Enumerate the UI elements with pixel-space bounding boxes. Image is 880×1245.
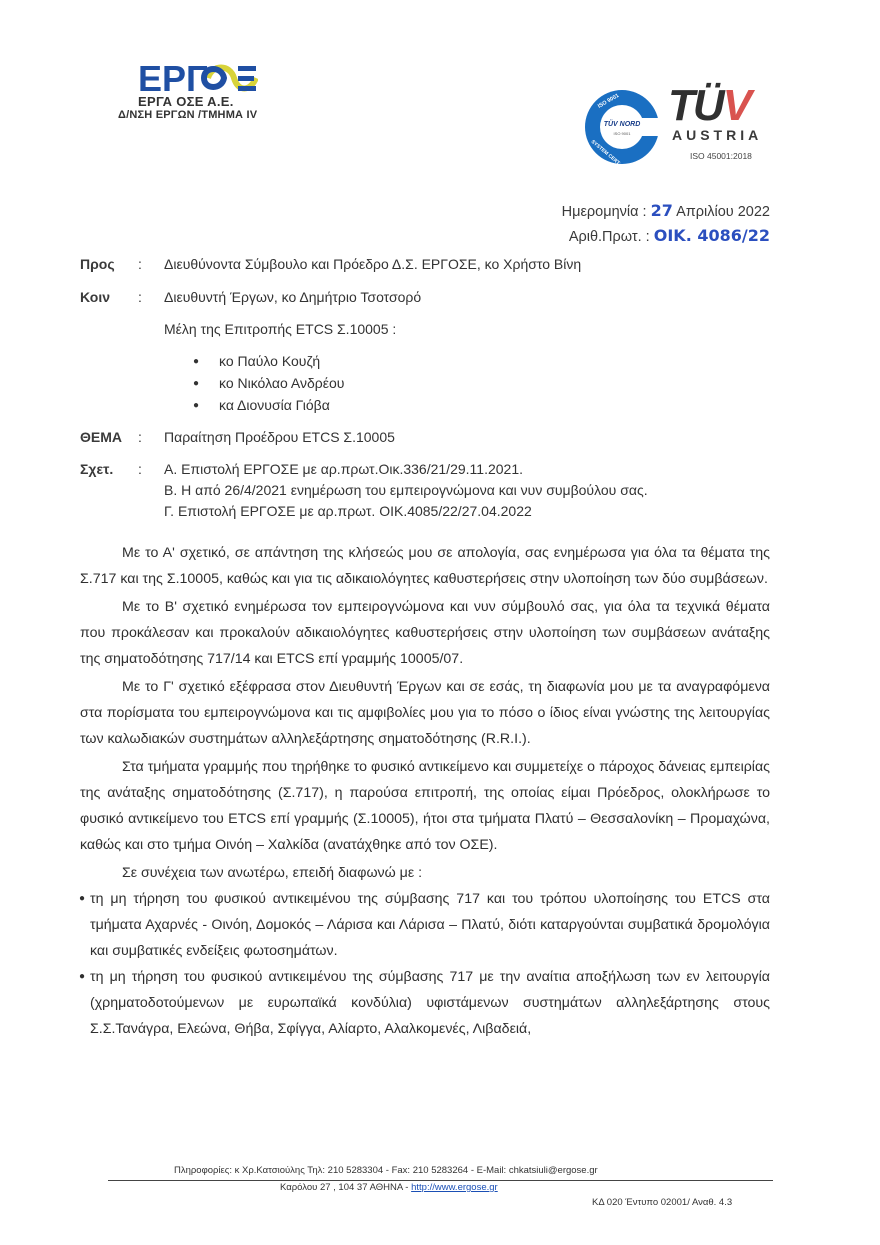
subject-label: ΘΕΜΑ bbox=[80, 429, 138, 445]
company-name: ΕΡΓΑ ΟΣΕ Α.Ε. bbox=[138, 94, 234, 109]
colon: : bbox=[138, 461, 164, 477]
bullet-icon: ● bbox=[79, 886, 85, 912]
body-bullet: ●τη μη τήρηση του φυσικού αντικειμένου τ… bbox=[80, 886, 770, 964]
member-name: κα Διονυσία Γιόβα bbox=[219, 397, 330, 413]
field-to: Προς:Διευθύνοντα Σύμβουλο και Πρόεδρο Δ.… bbox=[80, 256, 581, 272]
related-item: Α. Επιστολή ΕΡΓΟΣΕ με αρ.πρωτ.Οικ.336/21… bbox=[164, 461, 523, 477]
body-paragraph: Στα τμήματα γραμμής που τηρήθηκε το φυσι… bbox=[80, 754, 770, 858]
field-related: Σχετ.:Α. Επιστολή ΕΡΓΟΣΕ με αρ.πρωτ.Οικ.… bbox=[80, 461, 523, 477]
member-name: κο Παύλο Κουζή bbox=[219, 353, 320, 369]
bullet-icon: ● bbox=[193, 400, 219, 411]
committee-label: Μέλη της Επιτροπής ETCS Σ.10005 : bbox=[164, 321, 396, 337]
member-name: κο Νικόλαο Ανδρέου bbox=[219, 375, 344, 391]
address-text: Καρόλου 27 , 104 37 ΑΘΗΝΑ - bbox=[280, 1182, 411, 1193]
footer-address: Καρόλου 27 , 104 37 ΑΘΗΝΑ - http://www.e… bbox=[280, 1182, 498, 1193]
body-paragraph: Σε συνέχεια των ανωτέρω, επειδή διαφωνώ … bbox=[80, 860, 770, 886]
iso-standard: ISO 45001:2018 bbox=[690, 151, 752, 161]
protocol-label: Αριθ.Πρωτ. : bbox=[569, 229, 654, 245]
subject-value: Παραίτηση Προέδρου ETCS Σ.10005 bbox=[164, 429, 395, 445]
tuv-austria: AUSTRIA bbox=[672, 127, 762, 143]
committee-member: ●κα Διονυσία Γιόβα bbox=[193, 397, 330, 413]
svg-text:ISO 9001: ISO 9001 bbox=[614, 131, 632, 136]
tuv-letters: TÜ bbox=[668, 81, 723, 130]
cc-value: Διευθυντή Έργων, κο Δημήτριο Τσοτσορό bbox=[164, 289, 421, 305]
bullet-text: τη μη τήρηση του φυσικού αντικειμένου τη… bbox=[90, 969, 770, 1037]
cc-label: Κοιν bbox=[80, 289, 138, 305]
ergose-logo-icon: ΕΡΓ bbox=[138, 60, 258, 96]
body-bullet: ●τη μη τήρηση του φυσικού αντικειμένου τ… bbox=[80, 964, 770, 1042]
body-paragraph: Με το Γ' σχετικό εξέφρασα στον Διευθυντή… bbox=[80, 674, 770, 752]
svg-text:ΕΡΓ: ΕΡΓ bbox=[138, 60, 208, 96]
protocol-number: Αριθ.Πρωτ. : ΟΙΚ. 4086/22 bbox=[569, 226, 770, 245]
related-label: Σχετ. bbox=[80, 461, 138, 477]
bullet-icon: ● bbox=[193, 356, 219, 367]
related-item: Β. Η από 26/4/2021 ενημέρωση του εμπειρο… bbox=[164, 482, 648, 498]
field-cc: Κοιν:Διευθυντή Έργων, κο Δημήτριο Τσοτσο… bbox=[80, 289, 421, 305]
field-subject: ΘΕΜΑ:Παραίτηση Προέδρου ETCS Σ.10005 bbox=[80, 429, 395, 445]
body-paragraph: Με το Α' σχετικό, σε απάντηση της κλήσεώ… bbox=[80, 540, 770, 592]
tuv-v-letter: V bbox=[723, 81, 750, 130]
ergose-logo: ΕΡΓ bbox=[138, 60, 258, 96]
colon: : bbox=[138, 289, 164, 305]
footer-contact-info: Πληροφορίες: κ Χρ.Κατσιούλης Τηλ: 210 52… bbox=[174, 1165, 598, 1176]
bullet-icon: ● bbox=[79, 964, 85, 990]
certification-seal-icon: TÜV NORD ISO 9001 ISO 9001 SYSTEM CERT. bbox=[583, 88, 661, 166]
date-month-year: Απριλίου 2022 bbox=[673, 204, 770, 220]
website-link[interactable]: http://www.ergose.gr bbox=[411, 1182, 498, 1193]
tuv-brand: TÜV bbox=[668, 84, 750, 128]
body-paragraph: Με το Β' σχετικό ενημέρωσα τον εμπειρογν… bbox=[80, 594, 770, 672]
form-code: ΚΔ 020 Έντυπο 02001/ Αναθ. 4.3 bbox=[592, 1197, 732, 1208]
date-day-handwritten: 27 bbox=[651, 201, 673, 220]
to-label: Προς bbox=[80, 256, 138, 272]
svg-text:TÜV NORD: TÜV NORD bbox=[604, 119, 641, 128]
bullet-icon: ● bbox=[193, 378, 219, 389]
footer-divider bbox=[108, 1180, 773, 1181]
protocol-handwritten: ΟΙΚ. 4086/22 bbox=[654, 226, 770, 245]
bullet-text: τη μη τήρηση του φυσικού αντικειμένου τη… bbox=[90, 891, 770, 959]
related-item: Γ. Επιστολή ΕΡΓΟΣΕ με αρ.πρωτ. ΟΙΚ.4085/… bbox=[164, 503, 532, 519]
letter-body: Με το Α' σχετικό, σε απάντηση της κλήσεώ… bbox=[80, 540, 770, 1042]
document-date: Ημερομηνία : 27 Απριλίου 2022 bbox=[562, 201, 770, 220]
committee-member: ●κο Νικόλαο Ανδρέου bbox=[193, 375, 344, 391]
date-label: Ημερομηνία : bbox=[562, 204, 651, 220]
colon: : bbox=[138, 429, 164, 445]
department-name: Δ/ΝΣΗ ΕΡΓΩΝ /ΤΜΗΜΑ IV bbox=[118, 109, 257, 121]
to-value: Διευθύνοντα Σύμβουλο και Πρόεδρο Δ.Σ. ΕΡ… bbox=[164, 256, 581, 272]
committee-member: ●κο Παύλο Κουζή bbox=[193, 353, 320, 369]
colon: : bbox=[138, 256, 164, 272]
